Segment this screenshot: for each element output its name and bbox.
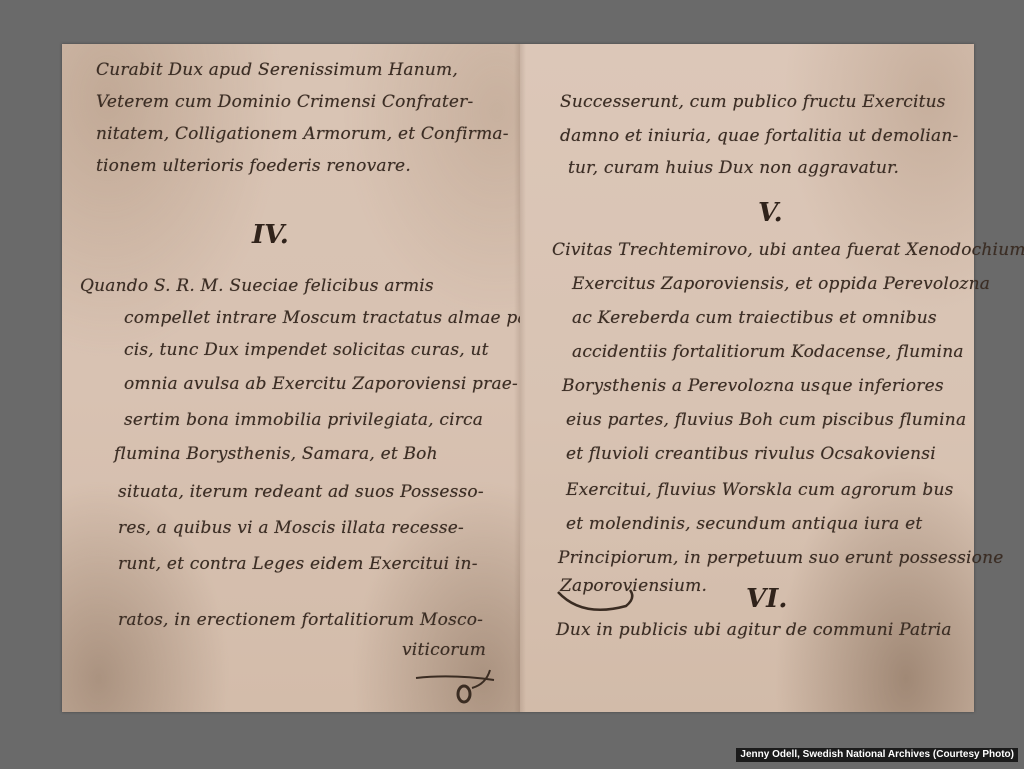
left-page: Curabit Dux apud Serenissimum Hanum, Vet… — [62, 44, 521, 712]
manuscript-line: Dux in publicis ubi agitur de communi Pa… — [556, 620, 952, 640]
manuscript-line: situata, iterum redeant ad suos Possesso… — [118, 482, 484, 502]
photo-credit: Jenny Odell, Swedish National Archives (… — [736, 748, 1018, 762]
section-flourish-icon — [552, 584, 642, 620]
manuscript-spread: Curabit Dux apud Serenissimum Hanum, Vet… — [62, 44, 974, 712]
manuscript-line: damno et iniuria, quae fortalitia ut dem… — [560, 126, 958, 146]
manuscript-line: Quando S. R. M. Sueciae felicibus armis — [80, 276, 434, 296]
manuscript-line: ratos, in erectionem fortalitiorum Mosco… — [118, 610, 483, 630]
right-page: Successerunt, cum publico fructu Exercit… — [520, 44, 974, 712]
section-heading-iv: IV. — [252, 220, 289, 250]
manuscript-line: Civitas Trechtemirovo, ubi antea fuerat … — [552, 240, 1024, 260]
manuscript-line: Exercitus Zaporoviensis, et oppida Perev… — [572, 274, 990, 294]
book-fold — [514, 44, 526, 712]
section-heading-vi: VI. — [746, 584, 787, 614]
photo-stage: Curabit Dux apud Serenissimum Hanum, Vet… — [0, 0, 1024, 769]
section-heading-v: V. — [758, 198, 783, 228]
manuscript-line: Borysthenis a Perevolozna usque inferior… — [562, 376, 944, 396]
manuscript-line: tionem ulterioris foederis renovare. — [96, 156, 411, 176]
manuscript-line: ac Kereberda cum traiectibus et omnibus — [572, 308, 937, 328]
manuscript-line: Exercitui, fluvius Worskla cum agrorum b… — [566, 480, 954, 500]
manuscript-line: accidentiis fortalitiorum Kodacense, flu… — [572, 342, 964, 362]
manuscript-line: et molendinis, secundum antiqua iura et — [566, 514, 922, 534]
manuscript-line: et fluvioli creantibus rivulus Ocsakovie… — [566, 444, 936, 464]
manuscript-line: compellet intrare Moscum tractatus almae… — [124, 308, 534, 328]
manuscript-line: omnia avulsa ab Exercitu Zaporoviensi pr… — [124, 374, 518, 394]
manuscript-line: flumina Borysthenis, Samara, et Boh — [114, 444, 438, 464]
manuscript-line: tur, curam huius Dux non aggravatur. — [568, 158, 899, 178]
manuscript-line: viticorum — [402, 640, 486, 660]
manuscript-line: runt, et contra Leges eidem Exercitui in… — [118, 554, 478, 574]
manuscript-line: nitatem, Colligationem Armorum, et Confi… — [96, 124, 509, 144]
catchword-flourish-icon — [412, 664, 502, 708]
manuscript-line: eius partes, fluvius Boh cum piscibus fl… — [566, 410, 966, 430]
manuscript-line: Principiorum, in perpetuum suo erunt pos… — [558, 548, 1004, 568]
manuscript-line: cis, tunc Dux impendet solicitas curas, … — [124, 340, 489, 360]
manuscript-line: sertim bona immobilia privilegiata, circ… — [124, 410, 483, 430]
manuscript-line: Successerunt, cum publico fructu Exercit… — [560, 92, 946, 112]
manuscript-line: Curabit Dux apud Serenissimum Hanum, — [96, 60, 458, 80]
manuscript-line: Veterem cum Dominio Crimensi Confrater- — [96, 92, 473, 112]
manuscript-line: res, a quibus vi a Moscis illata recesse… — [118, 518, 464, 538]
